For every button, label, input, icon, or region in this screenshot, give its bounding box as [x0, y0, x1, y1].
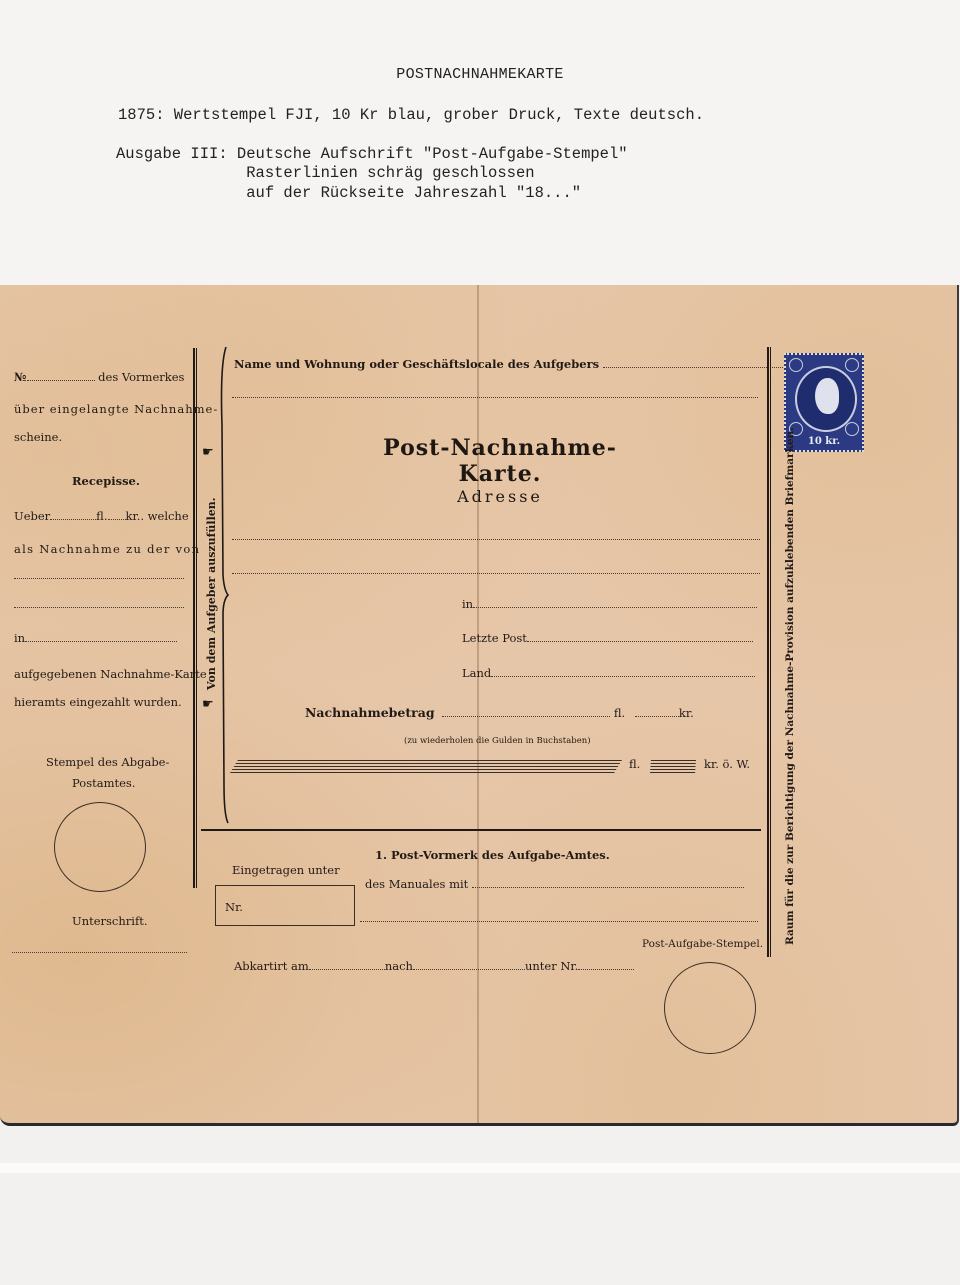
description-line-1: 1875: Wertstempel FJI, 10 Kr blau, grobe…: [118, 106, 704, 124]
vertical-instruction: Von dem Aufgeber auszufüllen.: [205, 497, 218, 690]
description-line-2: Ausgabe III: Deutsche Aufschrift "Post-A…: [116, 145, 628, 163]
coupon-number-line: № des Vormerkes: [14, 370, 184, 384]
manuales-line-2[interactable]: [360, 921, 758, 922]
coupon-aufgegebenen: aufgegebenen Nachnahme-Karte: [14, 667, 207, 681]
coupon-stamp-circle: [54, 802, 146, 892]
coupon-separator-rule-inner: [196, 348, 197, 888]
coupon-line-2: über eingelangte Nachnahme-: [14, 402, 218, 416]
coupon-stamp-label-2: Postamtes.: [72, 776, 135, 790]
stamp-column-rule-inner: [770, 347, 771, 957]
kr-oew-label: kr. ö. W.: [704, 757, 750, 771]
eingetragen-label: Eingetragen unter: [232, 863, 340, 877]
description-line-4: auf der Rückseite Jahreszahl "18...": [116, 184, 581, 202]
stamp-column-rule: [767, 347, 769, 957]
repeat-note: (zu wiederholen die Gulden in Buchstaben…: [404, 736, 591, 746]
coupon-blank-line-1: [14, 578, 184, 579]
bracket-curve: [218, 345, 232, 825]
coupon-signature-label: Unterschrift.: [72, 914, 147, 928]
coupon-signature-line: [12, 952, 187, 953]
postal-card: № des Vormerkes über eingelangte Nachnah…: [0, 285, 959, 1126]
album-page-gap: [0, 1163, 960, 1173]
receipt-heading: Recepisse.: [72, 474, 140, 488]
address-line-1[interactable]: [232, 539, 760, 540]
address-heading: Adresse: [440, 487, 560, 506]
manuales-line[interactable]: des Manuales mit: [365, 877, 744, 891]
right-vertical-note: Raum für die zur Berichtigung der Nachna…: [784, 427, 796, 945]
emperor-portrait-icon: [795, 366, 857, 432]
coupon-stamp-label-1: Stempel des Abgabe-: [46, 755, 169, 769]
pointing-hand-icon-bottom: ☛: [202, 697, 214, 712]
card-title: Post-Nachnahme-Karte.: [350, 435, 650, 487]
coupon-hieramts: hieramts eingezahlt wurden.: [14, 695, 182, 709]
pointing-hand-icon: ☛: [202, 445, 214, 460]
coupon-line-3: scheine.: [14, 430, 62, 444]
address-in-line[interactable]: in: [462, 597, 757, 611]
coupon-ueber-line: Ueberfl.kr.. welche: [14, 509, 189, 523]
letzte-post-line[interactable]: Letzte Post: [462, 631, 753, 645]
coupon-als-nachnahme: als Nachnahme zu der von: [14, 542, 200, 556]
amount-words-hatch: [230, 760, 622, 773]
postage-stamp-10kr: 10 kr.: [784, 353, 864, 452]
fl-label-2: fl.: [629, 757, 640, 771]
stamp-value: 10 kr.: [786, 436, 862, 447]
coupon-in-line: in: [14, 631, 177, 645]
page-title: POSTNACHNAHMEKARTE: [0, 66, 960, 83]
abkartirt-line[interactable]: Abkartirt amnachunter Nr.: [234, 959, 634, 973]
office-section-separator: [201, 829, 761, 831]
register-number-box[interactable]: Nr.: [215, 885, 355, 926]
coupon-separator-rule: [193, 348, 195, 888]
coupon-blank-line-2: [14, 607, 184, 608]
kr-hatch: [650, 760, 696, 773]
address-line-2[interactable]: [232, 573, 760, 574]
office-heading: 1. Post-Vormerk des Aufgabe-Amtes.: [375, 848, 610, 862]
post-stamp-label: Post-Aufgabe-Stempel.: [642, 938, 763, 950]
sender-line-2[interactable]: [232, 397, 758, 398]
fold-crease: [477, 285, 479, 1123]
amount-line[interactable]: Nachnahmebetrag fl. kr.: [305, 705, 694, 720]
album-page-header: POSTNACHNAHMEKARTE 1875: Wertstempel FJI…: [0, 0, 960, 285]
land-line[interactable]: Land: [462, 666, 755, 680]
sender-label: Name und Wohnung oder Geschäftslocale de…: [234, 357, 811, 371]
post-stamp-circle: [664, 962, 756, 1054]
description-line-3: Rasterlinien schräg geschlossen: [116, 164, 535, 182]
